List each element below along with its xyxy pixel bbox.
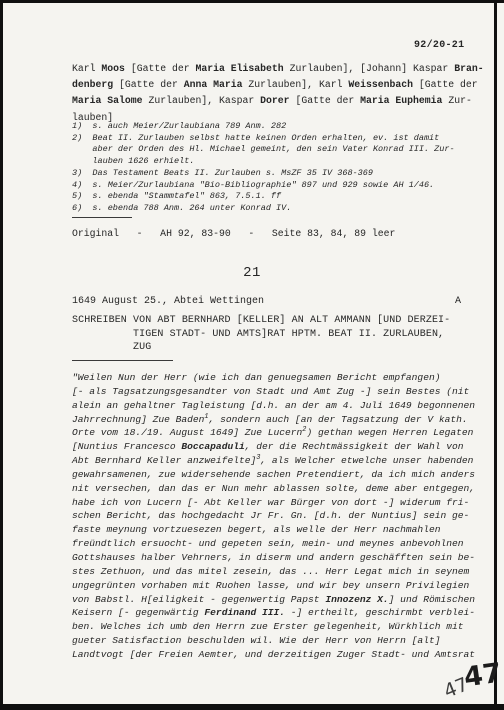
date-place: 1649 August 25., Abtei Wettingen — [72, 296, 264, 307]
title-divider-rule — [72, 360, 173, 361]
scan-border-left — [0, 0, 3, 710]
intro-paragraph: Karl Moos [Gatte der Maria Elisabeth Zur… — [72, 61, 484, 126]
transcription-body: "Weilen Nun der Herr (wie ich dan genueg… — [72, 371, 475, 662]
side-marker: A — [455, 296, 461, 307]
document-title: SCHREIBEN VON ABT BERNHARD [KELLER] AN A… — [72, 314, 450, 355]
section-number: 21 — [0, 265, 504, 281]
scan-border-top — [0, 0, 504, 3]
footnotes-block: 1) s. auch Meier/Zurlaubiana 789 Anm. 28… — [72, 121, 455, 215]
scanned-document-page: 92/20-21 Karl Moos [Gatte der Maria Elis… — [0, 0, 504, 710]
scan-border-bottom — [0, 704, 504, 710]
footnote-divider-rule — [72, 217, 132, 218]
date-line: 1649 August 25., Abtei Wettingen A — [72, 296, 461, 307]
page-reference: 92/20-21 — [414, 40, 464, 51]
source-reference-line: Original - AH 92, 83-90 - Seite 83, 84, … — [72, 228, 395, 239]
handwritten-page-number-large: 47 — [462, 658, 504, 694]
scan-border-right — [494, 0, 497, 710]
